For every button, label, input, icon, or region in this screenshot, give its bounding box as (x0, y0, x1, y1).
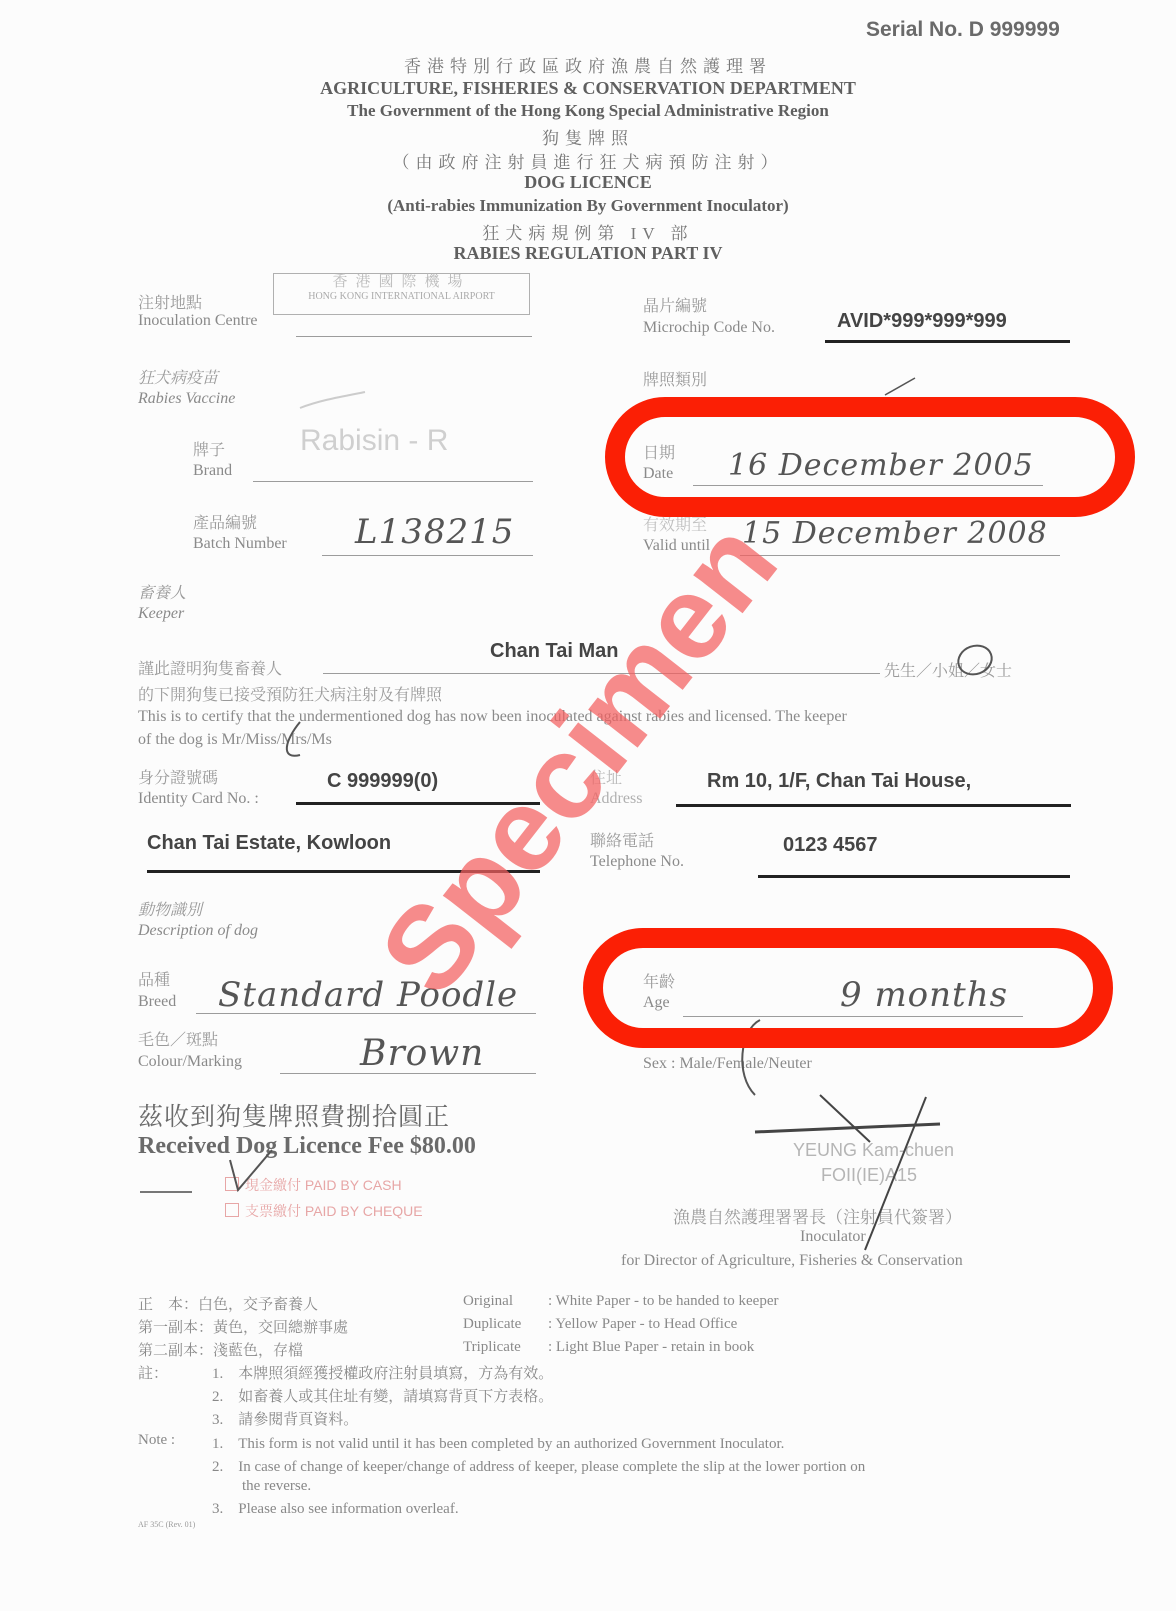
breed-value: Standard Poodle (218, 975, 518, 1015)
inoculator-post: FOII(IE)A15 (821, 1165, 917, 1186)
copy-triplicate-desc: : Light Blue Paper - retain in book (548, 1339, 754, 1356)
microchip-label-en: Microchip Code No. (643, 319, 775, 337)
vaccine-section-en: Rabies Vaccine (138, 390, 235, 408)
subtitle-en: (Anti-rabies Immunization By Government … (0, 196, 1176, 216)
valid-until-label-en: Valid until (643, 537, 710, 555)
signature-stroke-2 (820, 1095, 870, 1142)
notes-en-label: Note : (138, 1432, 175, 1449)
address-field-line-2 (147, 870, 540, 873)
vaccine-section-zh: 狂犬病疫苗 (138, 365, 218, 388)
paid-by-cash-label: 現金繳付 PAID BY CASH (245, 1177, 402, 1193)
note-zh-2: 2. 如畜養人或其住址有變，請填寫背頁下方表格。 (212, 1385, 553, 1406)
cert-text-zh-1: 謹此證明狗隻畜養人 (138, 656, 282, 679)
address-line-2: Chan Tai Estate, Kowloon (147, 832, 391, 855)
brand-value: Rabisin - R (300, 424, 448, 458)
note-en-2-cont: the reverse. (212, 1474, 311, 1495)
stamp-text-zh: 香港國際機場 (274, 274, 529, 291)
address-label-zh: 住址 (590, 765, 622, 788)
title-en: DOG LICENCE (0, 172, 1176, 193)
cert-text-zh-2: 的下開狗隻已接受預防狂犬病注射及有牌照 (138, 682, 442, 705)
subtitle-zh: （由政府注射員進行狂犬病預防注射） (0, 148, 1176, 173)
batch-label-zh: 產品編號 (193, 510, 257, 533)
copy-triplicate-zh: 第二副本：淺藍色，存檔 (138, 1339, 303, 1360)
paid-by-cash-option[interactable]: 現金繳付 PAID BY CASH (225, 1175, 402, 1195)
date-highlight-ring (605, 397, 1135, 517)
address-line-1: Rm 10, 1/F, Chan Tai House, (707, 770, 971, 793)
dept-name-zh: 香港特別行政區政府漁農自然護理署 (0, 52, 1176, 77)
form-code: AF 35C (Rev. 01) (138, 1520, 195, 1529)
copy-duplicate-zh: 第一副本：黃色，交回總辦事處 (138, 1316, 348, 1337)
keeper-name: Chan Tai Man (490, 640, 619, 663)
title-options-zh: 先生／小姐／女士 (884, 658, 1012, 681)
phone-value: 0123 4567 (783, 834, 878, 857)
inoculator-for-director: for Director of Agriculture, Fisheries &… (621, 1252, 963, 1270)
serial-number: Serial No. D 999999 (866, 18, 1060, 42)
signature-stroke-1 (755, 1124, 940, 1132)
copy-duplicate-desc: : Yellow Paper - to Head Office (548, 1316, 737, 1333)
dog-section-en: Description of dog (138, 922, 258, 940)
note-zh-1: 1. 本牌照須經獲授權政府注射員填寫，方為有效。 (212, 1362, 553, 1383)
paid-by-cheque-checkbox[interactable] (225, 1203, 239, 1217)
regulation-zh: 狂犬病規例第 IV 部 (0, 219, 1176, 244)
notes-zh-label: 註： (138, 1362, 168, 1383)
inoculator-name: YEUNG Kam-chuen (793, 1140, 954, 1161)
microchip-field-line (825, 340, 1070, 343)
keeper-name-field-line (323, 673, 880, 674)
sex-label: Sex : Male/Female/Neuter (643, 1055, 812, 1073)
id-label-zh: 身分證號碼 (138, 765, 218, 788)
fee-initial-line (140, 1191, 192, 1193)
copy-triplicate-name: Triplicate (463, 1339, 521, 1356)
breed-label-en: Breed (138, 993, 176, 1011)
colour-label-en: Colour/Marking (138, 1053, 242, 1071)
keeper-section-en: Keeper (138, 605, 184, 623)
phone-field-line (758, 875, 1070, 878)
brand-field-line (253, 481, 533, 482)
copy-original-name: Original (463, 1293, 513, 1310)
copy-original-desc: : White Paper - to be handed to keeper (548, 1293, 778, 1310)
phone-label-zh: 聯絡電話 (590, 828, 654, 851)
licence-type-label-zh: 牌照類別 (643, 367, 707, 390)
batch-label-en: Batch Number (193, 535, 287, 553)
age-highlight-ring (583, 928, 1113, 1048)
fee-received-en: Received Dog Licence Fee $80.00 (138, 1133, 476, 1160)
colour-value: Brown (360, 1033, 484, 1074)
inoculation-centre-field-line (296, 336, 532, 337)
title-zh: 狗隻牌照 (0, 124, 1176, 149)
paid-by-cash-checkbox[interactable] (225, 1177, 239, 1191)
brand-label-en: Brand (193, 462, 232, 480)
inoculator-title-zh: 漁農自然護理署署長（注射員代簽署） (673, 1203, 962, 1228)
note-zh-3: 3. 請參閱背頁資料。 (212, 1408, 358, 1429)
paid-by-cheque-option[interactable]: 支票繳付 PAID BY CHEQUE (225, 1201, 423, 1221)
dept-name-en: AGRICULTURE, FISHERIES & CONSERVATION DE… (0, 78, 1176, 99)
stamp-text-en: HONG KONG INTERNATIONAL AIRPORT (274, 291, 529, 302)
colour-field-line (280, 1073, 536, 1074)
cert-text-en-1: This is to certify that the undermention… (138, 708, 847, 726)
phone-label-en: Telephone No. (590, 853, 684, 871)
batch-value: L138215 (355, 512, 514, 552)
dog-licence-document: Serial No. D 999999 香港特別行政區政府漁農自然護理署 AGR… (0, 0, 1176, 1611)
id-value: C 999999(0) (327, 770, 438, 793)
inoculator-title-en: Inoculator (800, 1228, 866, 1246)
id-label-en: Identity Card No. : (138, 790, 259, 808)
microchip-value: AVID*999*999*999 (837, 310, 1007, 333)
regulation-en: RABIES REGULATION PART IV (0, 243, 1176, 264)
note-en-2: 2. In case of change of keeper/change of… (212, 1455, 865, 1476)
address-label-en: Address (590, 790, 642, 808)
microchip-label-zh: 晶片編號 (643, 293, 707, 316)
copy-original-zh: 正 本：白色，交予畜養人 (138, 1293, 318, 1314)
copy-duplicate-name: Duplicate (463, 1316, 521, 1333)
cert-text-en-2: of the dog is Mr/Miss/Mrs/Ms (138, 731, 332, 749)
brand-label-zh: 牌子 (193, 437, 225, 460)
note-en-3: 3. Please also see information overleaf. (212, 1497, 459, 1518)
licence-type-mark (885, 378, 915, 395)
batch-field-line (322, 555, 533, 556)
breed-field-line (196, 1013, 536, 1014)
address-field-line-1 (676, 804, 1071, 807)
stray-mark (300, 392, 365, 408)
keeper-section-zh: 畜養人 (138, 580, 186, 603)
government-name: The Government of the Hong Kong Special … (0, 101, 1176, 121)
note-en-1: 1. This form is not valid until it has b… (212, 1432, 784, 1453)
valid-until-value: 15 December 2008 (742, 516, 1048, 551)
dog-section-zh: 動物識別 (138, 897, 202, 920)
inoculation-centre-label-zh: 注射地點 (138, 290, 202, 313)
id-field-line (296, 802, 540, 805)
breed-label-zh: 品種 (138, 967, 170, 990)
inoculation-centre-label-en: Inoculation Centre (138, 312, 258, 330)
colour-label-zh: 毛色／斑點 (138, 1027, 218, 1050)
fee-received-zh: 茲收到狗隻牌照費捌拾圓正 (138, 1097, 450, 1133)
inoculation-centre-stamp: 香港國際機場 HONG KONG INTERNATIONAL AIRPORT (273, 273, 530, 315)
paid-by-cheque-label: 支票繳付 PAID BY CHEQUE (245, 1203, 423, 1219)
valid-until-field-line (740, 555, 1060, 556)
